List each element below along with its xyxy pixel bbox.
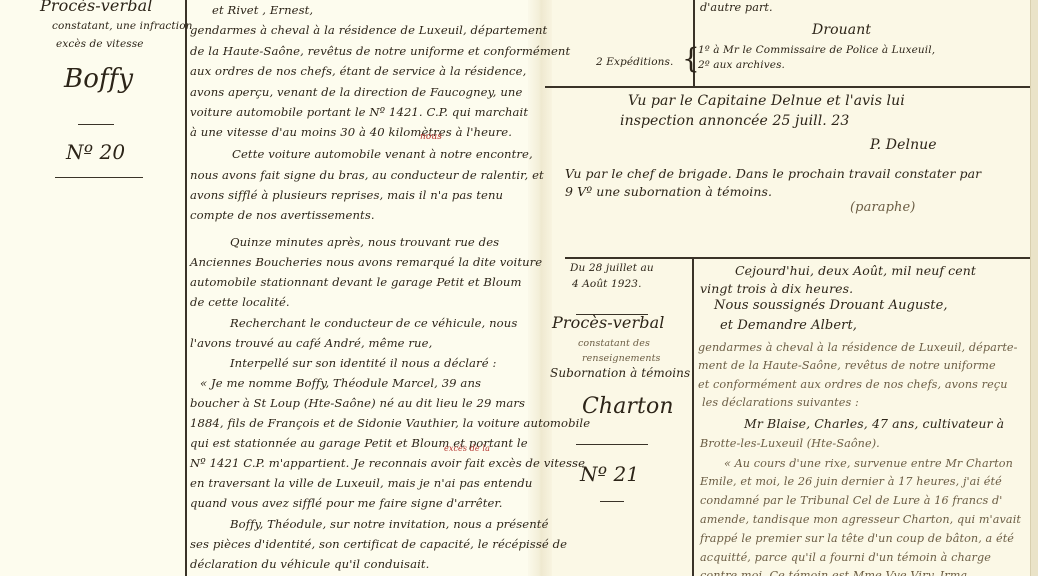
body-line: avons sifflé à plusieurs reprises, mais … [190,188,503,202]
body-line: gendarmes à cheval à la résidence de Lux… [190,23,547,37]
body-line: de cette localité. [190,295,290,309]
body-line: amende, tandisque mon agresseur Charton,… [700,513,1021,526]
body-line: Boffy, Théodule, sur notre invitation, n… [230,517,549,531]
body-line: aux ordres de nos chefs, étant de servic… [190,64,526,78]
body-line: voiture automobile portant le Nº 1421. C… [190,105,528,119]
left-margin-name: Boffy [64,64,133,94]
annotation-line: Vu par le chef de brigade. Dans le proch… [565,166,981,181]
correction-annotation: excès de la [444,444,490,453]
section-divider-middle [565,257,1030,259]
right-margin-subtitle: Subornation à témoins [550,366,690,380]
body-line: ses pièces d'identité, son certificat de… [190,537,567,551]
margin-short-rule [78,124,114,125]
body-line: vingt trois à dix heures. [700,281,853,296]
body-line: quand vous avez sifflé pour me faire sig… [190,496,503,510]
body-line: acquitté, parce qu'il a fourni d'un témo… [700,551,991,564]
body-line: frappé le premier sur la tête d'un coup … [700,532,1014,545]
annotation-line: inspection annoncée 25 juill. 23 [620,113,849,129]
right-margin-subtitle: renseignements [582,353,660,364]
body-line: Anciennes Boucheries nous avons remarqué… [190,255,542,269]
body-line: Mr Blaise, Charles, 47 ans, cultivateur … [744,416,1004,431]
body-line: Interpellé sur son identité il nous a dé… [230,356,496,370]
body-line: boucher à St Loup (Hte-Saône) né au dit … [190,396,525,410]
expedition-item: 1º à Mr le Commissaire de Police à Luxeu… [698,44,935,56]
chief-signature: (paraphe) [850,200,915,215]
left-margin-number: Nº 20 [66,140,125,164]
margin-dates: 4 Août 1923. [572,278,642,290]
left-margin-subtitle: excès de vitesse [56,38,144,50]
body-line: et Demandre Albert, [720,318,857,333]
body-line: « Au cours d'une rixe, survenue entre Mr… [724,457,1013,470]
correction-annotation: nous [420,132,442,142]
body-line: nous avons fait signe du bras, au conduc… [190,168,544,182]
left-margin-title: Procès-verbal [40,0,152,15]
body-line: en traversant la ville de Luxeuil, mais … [190,476,533,490]
body-line: condamné par le Tribunal Cel de Lure à 1… [700,494,1002,507]
body-line: contre moi. Ce témoin est Mme Vve Viry, … [700,569,971,576]
body-line: « Je me nomme Boffy, Théodule Marcel, 39… [200,376,481,390]
body-line: automobile stationnant devant le garage … [190,275,522,289]
body-line: et Rivet , Ernest, [212,3,313,17]
body-line: Cette voiture automobile venant à notre … [232,147,533,161]
section-divider-top [545,86,1030,88]
annotation-line: 9 Vº une subornation à témoins. [565,184,772,199]
body-line: avons aperçu, venant de la direction de … [190,85,522,99]
captain-signature: P. Delnue [870,137,937,153]
margin-short-rule [55,177,143,178]
body-line: déclaration du véhicule qu'il conduisait… [190,557,429,571]
body-line: compte de nos avertissements. [190,208,375,222]
margin-short-rule [600,501,624,502]
annotation-line: Vu par le Capitaine Delnue et l'avis lui [628,93,905,109]
signature-drouant: Drouant [812,22,871,38]
body-line: l'avons trouvé au café André, même rue, [190,336,432,350]
right-margin-title: Procès-verbal [552,313,664,332]
left-margin-subtitle: constatant, une infraction [52,20,192,32]
body-line: Recherchant le conducteur de ce véhicule… [230,316,517,330]
body-line: Cejourd'hui, deux Août, mil neuf cent [735,263,976,278]
margin-dates: Du 28 juillet au [570,262,654,274]
expedition-item: 2º aux archives. [698,59,785,71]
body-line: les déclarations suivantes : [702,396,859,409]
body-line: d'autre part. [700,1,773,14]
body-line: Emile, et moi, le 26 juin dernier à 17 h… [700,475,1002,488]
right-margin-number: Nº 21 [580,462,639,486]
expeditions-label: 2 Expéditions. [596,56,673,68]
body-line: 1884, fils de François et de Sidonie Vau… [190,416,590,430]
body-line: Brotte-les-Luxeuil (Hte-Saône). [700,437,880,450]
right-margin-rule [692,257,694,576]
body-line: Quinze minutes après, nous trouvant rue … [230,235,499,249]
left-margin-rule [185,0,187,576]
right-margin-subtitle: constatant des [578,338,650,349]
body-line: de la Haute-Saône, revêtus de notre unif… [190,44,570,58]
body-line: à une vitesse d'au moins 30 à 40 kilomèt… [190,125,512,139]
page-edge [1030,0,1038,576]
body-line: Nous soussignés Drouant Auguste, [714,298,948,313]
body-line: gendarmes à cheval à la résidence de Lux… [698,341,1018,354]
body-line: Nº 1421 C.P. m'appartient. Je reconnais … [190,456,585,470]
margin-short-rule [576,444,648,445]
body-line: et conformément aux ordres de nos chefs,… [698,378,1008,391]
body-line: ment de la Haute-Saône, revêtus de notre… [698,359,996,372]
right-margin-name: Charton [582,394,674,419]
